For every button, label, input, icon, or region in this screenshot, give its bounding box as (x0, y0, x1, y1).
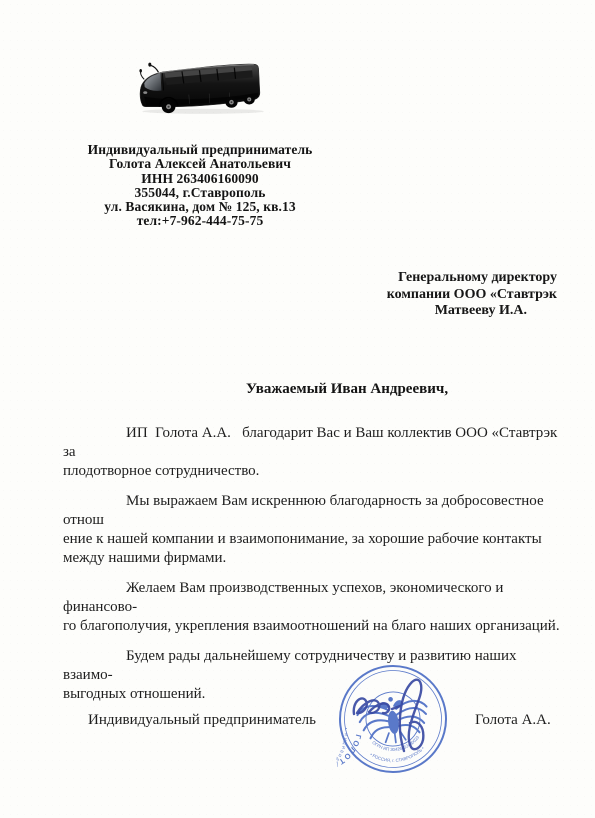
letter-page: Индивидуальный предприниматель Голота Ал… (0, 0, 595, 818)
salutation: Уважаемый Иван Андреевич, (246, 381, 448, 398)
recipient-line: компании ООО «Ставтрэк (387, 287, 557, 304)
recipient-block: Генеральному директору компании ООО «Ста… (387, 270, 557, 320)
coach-bus-illustration (127, 60, 269, 116)
handwritten-signature (340, 652, 455, 767)
signer-title: Индивидуальный предприниматель (88, 712, 316, 729)
letterhead-block: Индивидуальный предприниматель Голота Ал… (60, 143, 340, 229)
paragraph-3: Желаем Вам производственных успехов, эко… (63, 579, 563, 636)
letter-body: ИП Голота А.А. благодарит Вас и Ваш колл… (63, 424, 563, 715)
paragraph-1: ИП Голота А.А. благодарит Вас и Ваш колл… (63, 424, 563, 481)
recipient-line: Матвееву И.А. (387, 303, 557, 320)
paragraph-4: Будем рады дальнейшему сотрудничеству и … (63, 647, 563, 704)
bus-image (127, 60, 269, 116)
recipient-line: Генеральному директору (387, 270, 557, 287)
paragraph-2: Мы выражаем Вам искреннюю благодарность … (63, 492, 563, 568)
signer-name: Голота А.А. (475, 712, 551, 729)
